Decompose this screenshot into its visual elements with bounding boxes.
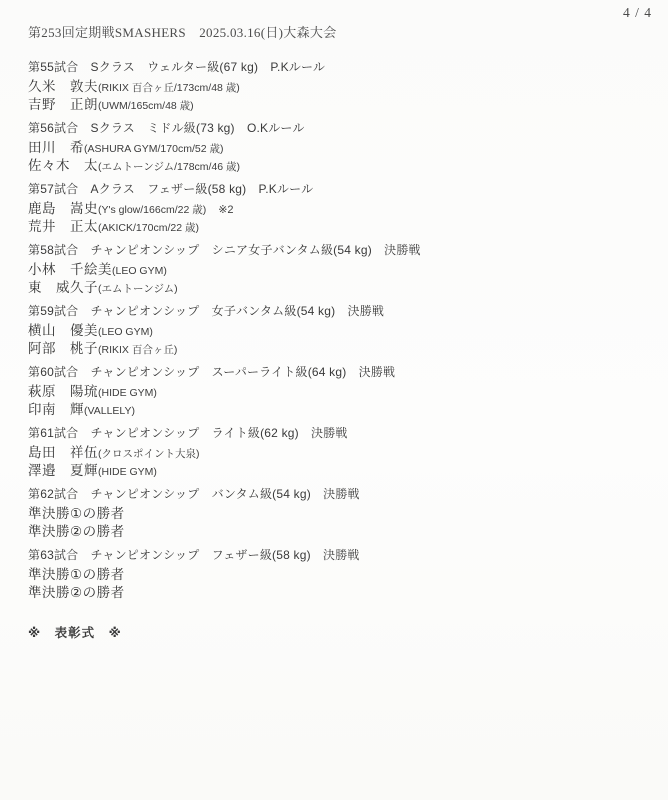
fighter-note: ※2 [218, 204, 233, 216]
fighter-info: (AKICK/170cm/22 歳) [98, 222, 199, 234]
match-block: 第58試合 チャンピオンシップ シニア女子バンタム級(54 kg) 決勝戦小林 … [28, 242, 654, 296]
fighter-name: 準決勝①の勝者 [28, 506, 125, 521]
fighter-row: 小林 千絵美(LEO GYM) [28, 261, 654, 279]
page-number: 4 / 4 [623, 5, 652, 21]
fighter-info: (RIKIX 百合ヶ丘) [98, 344, 177, 356]
fighter-row: 横山 優美(LEO GYM) [28, 322, 654, 340]
fighter-row: 田川 希(ASHURA GYM/170cm/52 歳) [28, 139, 654, 157]
match-header: 第58試合 チャンピオンシップ シニア女子バンタム級(54 kg) 決勝戦 [28, 242, 654, 259]
fighter-name: 田川 希 [28, 140, 84, 155]
fighter-info: (UWM/165cm/48 歳) [98, 100, 194, 112]
fighter-name: 横山 優美 [28, 323, 98, 338]
fighter-info: (HIDE GYM) [98, 466, 157, 478]
fighter-name: 澤邉 夏輝 [28, 463, 98, 478]
match-header: 第57試合 Aクラス フェザー級(58 kg) P.Kルール [28, 181, 654, 198]
match-block: 第59試合 チャンピオンシップ 女子バンタム級(54 kg) 決勝戦横山 優美(… [28, 303, 654, 357]
fighter-info: (エムトーンジム) [98, 283, 178, 295]
document-page: 4 / 4 第253回定期戦SMASHERS 2025.03.16(日)大森大会… [0, 0, 668, 800]
fighter-info: (Y's glow/166cm/22 歳) [98, 204, 206, 216]
fighter-info: (VALLELY) [84, 405, 135, 417]
fighter-name: 印南 輝 [28, 402, 84, 417]
fighter-name: 東 威久子 [28, 280, 98, 295]
fighter-row: 準決勝②の勝者 [28, 584, 654, 602]
page-content: 第253回定期戦SMASHERS 2025.03.16(日)大森大会 第55試合… [28, 25, 654, 641]
fighter-name: 鹿島 嵩史 [28, 201, 98, 216]
match-block: 第55試合 Sクラス ウェルター級(67 kg) P.Kルール久米 敦夫(RIK… [28, 59, 654, 113]
match-header: 第61試合 チャンピオンシップ ライト級(62 kg) 決勝戦 [28, 425, 654, 442]
fighter-info: (LEO GYM) [112, 265, 167, 277]
fighter-row: 準決勝②の勝者 [28, 523, 654, 541]
match-block: 第56試合 Sクラス ミドル級(73 kg) O.Kルール田川 希(ASHURA… [28, 120, 654, 174]
match-header: 第55試合 Sクラス ウェルター級(67 kg) P.Kルール [28, 59, 654, 76]
fighter-row: 鹿島 嵩史(Y's glow/166cm/22 歳)※2 [28, 200, 654, 218]
fighter-row: 吉野 正朗(UWM/165cm/48 歳) [28, 96, 654, 114]
fighter-info: (ASHURA GYM/170cm/52 歳) [84, 143, 223, 155]
fighter-info: (エムトーンジム/178cm/46 歳) [98, 161, 240, 173]
fighter-row: 荒井 正太(AKICK/170cm/22 歳) [28, 218, 654, 236]
match-block: 第61試合 チャンピオンシップ ライト級(62 kg) 決勝戦島田 祥伍(クロス… [28, 425, 654, 479]
fighter-name: 久米 敦夫 [28, 79, 98, 94]
fighter-info: (クロスポイント大泉) [98, 448, 200, 460]
fighter-row: 東 威久子(エムトーンジム) [28, 279, 654, 297]
match-header: 第60試合 チャンピオンシップ スーパーライト級(64 kg) 決勝戦 [28, 364, 654, 381]
fighter-name: 阿部 桃子 [28, 341, 98, 356]
fighter-row: 準決勝①の勝者 [28, 566, 654, 584]
fighter-name: 吉野 正朗 [28, 97, 98, 112]
match-header: 第59試合 チャンピオンシップ 女子バンタム級(54 kg) 決勝戦 [28, 303, 654, 320]
fighter-row: 準決勝①の勝者 [28, 505, 654, 523]
fighter-name: 準決勝②の勝者 [28, 585, 125, 600]
fighter-row: 印南 輝(VALLELY) [28, 401, 654, 419]
fighter-row: 久米 敦夫(RIKIX 百合ヶ丘/173cm/48 歳) [28, 78, 654, 96]
page-title: 第253回定期戦SMASHERS 2025.03.16(日)大森大会 [28, 25, 654, 41]
fighter-row: 阿部 桃子(RIKIX 百合ヶ丘) [28, 340, 654, 358]
fighter-name: 準決勝②の勝者 [28, 524, 125, 539]
fighter-row: 佐々木 太(エムトーンジム/178cm/46 歳) [28, 157, 654, 175]
fighter-name: 準決勝①の勝者 [28, 567, 125, 582]
match-list: 第55試合 Sクラス ウェルター級(67 kg) P.Kルール久米 敦夫(RIK… [28, 59, 654, 601]
match-block: 第60試合 チャンピオンシップ スーパーライト級(64 kg) 決勝戦萩原 陽琉… [28, 364, 654, 418]
match-header: 第56試合 Sクラス ミドル級(73 kg) O.Kルール [28, 120, 654, 137]
match-block: 第63試合 チャンピオンシップ フェザー級(58 kg) 決勝戦準決勝①の勝者準… [28, 547, 654, 601]
fighter-info: (HIDE GYM) [98, 387, 157, 399]
awards-ceremony-note: ※ 表彰式 ※ [28, 623, 654, 641]
fighter-info: (LEO GYM) [98, 326, 153, 338]
fighter-name: 佐々木 太 [28, 158, 98, 173]
fighter-name: 小林 千絵美 [28, 262, 112, 277]
match-header: 第63試合 チャンピオンシップ フェザー級(58 kg) 決勝戦 [28, 547, 654, 564]
fighter-row: 島田 祥伍(クロスポイント大泉) [28, 444, 654, 462]
fighter-row: 萩原 陽琉(HIDE GYM) [28, 383, 654, 401]
fighter-row: 澤邉 夏輝(HIDE GYM) [28, 462, 654, 480]
fighter-name: 荒井 正太 [28, 219, 98, 234]
fighter-info: (RIKIX 百合ヶ丘/173cm/48 歳) [98, 82, 240, 94]
match-header: 第62試合 チャンピオンシップ バンタム級(54 kg) 決勝戦 [28, 486, 654, 503]
match-block: 第62試合 チャンピオンシップ バンタム級(54 kg) 決勝戦準決勝①の勝者準… [28, 486, 654, 540]
fighter-name: 萩原 陽琉 [28, 384, 98, 399]
match-block: 第57試合 Aクラス フェザー級(58 kg) P.Kルール鹿島 嵩史(Y's … [28, 181, 654, 235]
fighter-name: 島田 祥伍 [28, 445, 98, 460]
